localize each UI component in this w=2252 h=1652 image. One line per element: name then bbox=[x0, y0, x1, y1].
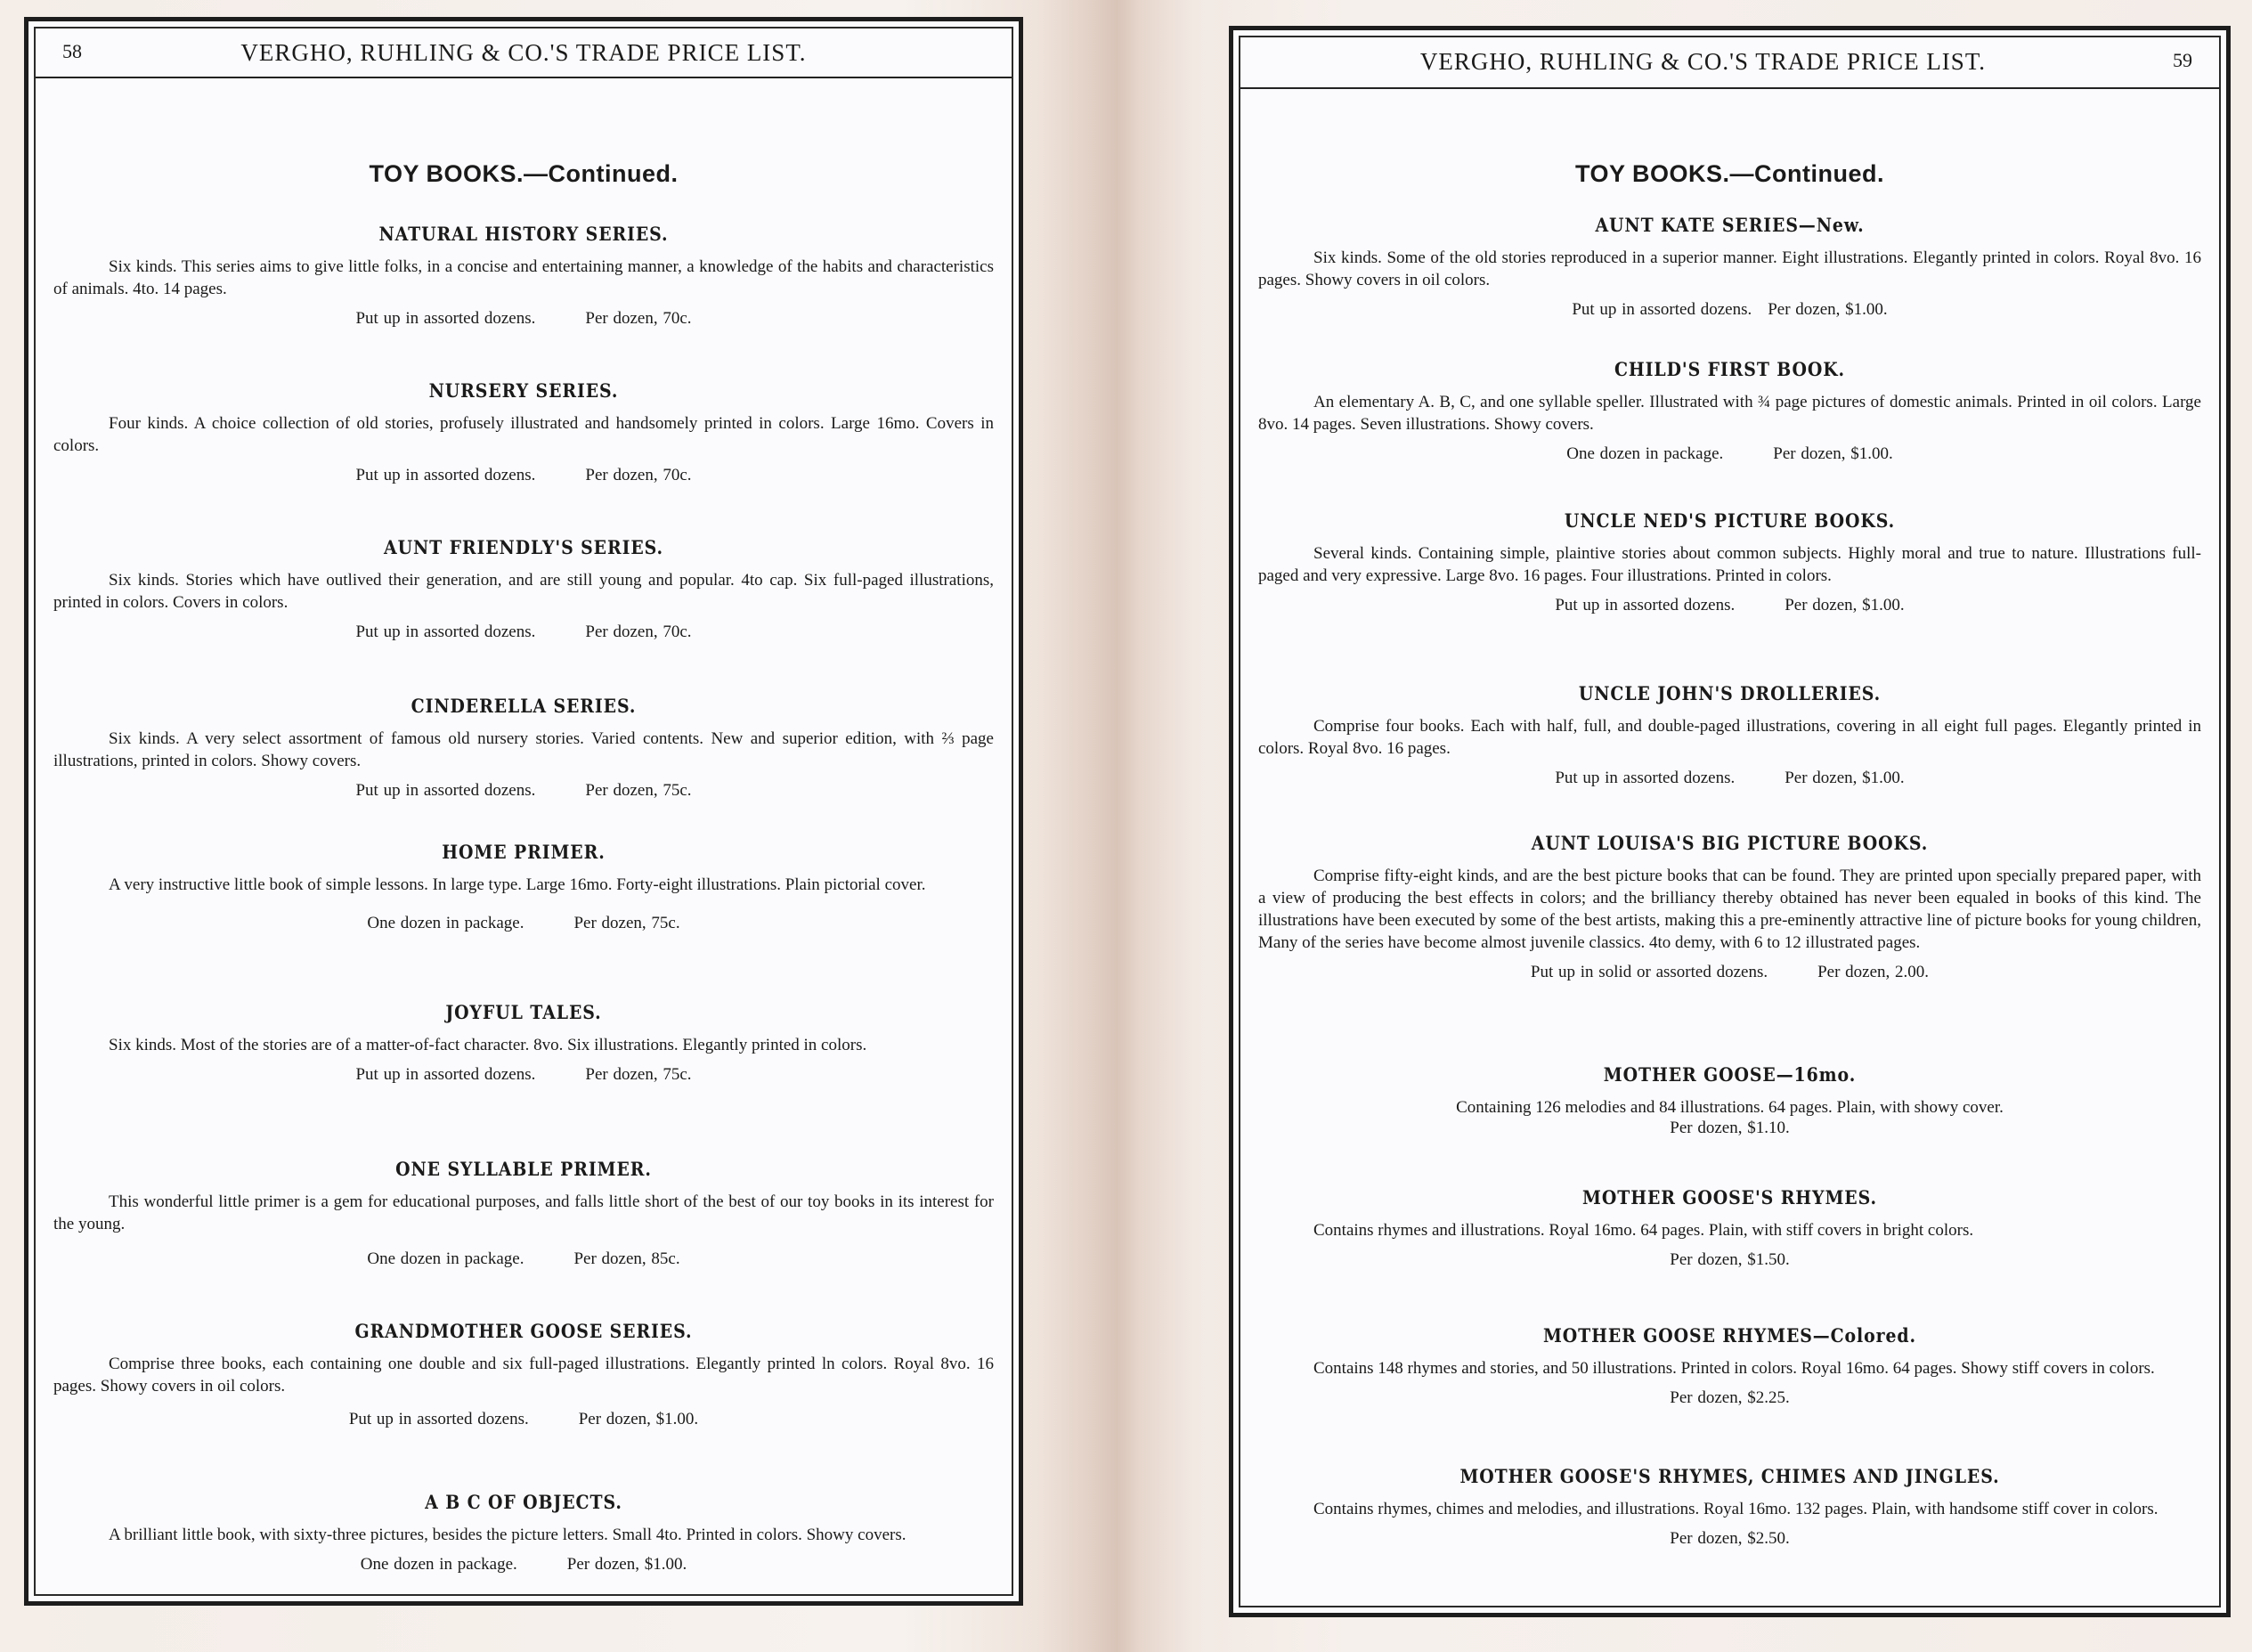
entry-packaging: Put up in assorted dozens. bbox=[355, 1065, 535, 1084]
entry-pricing: Put up in solid or assorted dozens.Per d… bbox=[1258, 963, 2201, 982]
entry-title: AUNT LOUISA'S BIG PICTURE BOOKS. bbox=[1305, 832, 2154, 854]
entry-pricing: One dozen in package.Per dozen, 75c. bbox=[53, 914, 994, 933]
entry-title: MOTHER GOOSE—16mo. bbox=[1305, 1063, 2154, 1086]
page-number: 59 bbox=[2173, 49, 2192, 72]
entry-description: Six kinds. Stories which have outlived t… bbox=[53, 569, 994, 614]
entry-pricing: Put up in assorted dozens.Per dozen, 75c… bbox=[53, 1065, 994, 1085]
entry-price: Per dozen, $1.00. bbox=[579, 1410, 698, 1428]
entry-description: Six kinds. Some of the old stories repro… bbox=[1258, 247, 2201, 291]
entry-pricing: Per dozen, $2.25. bbox=[1258, 1388, 2201, 1408]
entry-price: Per dozen, 75c. bbox=[585, 781, 691, 800]
entry-price: Per dozen, 70c. bbox=[585, 466, 691, 484]
entry-packaging: One dozen in package. bbox=[367, 1249, 524, 1268]
entry-title: A B C OF OBJECTS. bbox=[101, 1491, 947, 1513]
entry-price: Per dozen, 70c. bbox=[585, 623, 691, 641]
entry-pricing: Put up in assorted dozens.Per dozen, $1.… bbox=[1258, 769, 2201, 788]
entry-title: UNCLE JOHN'S DROLLERIES. bbox=[1305, 682, 2154, 704]
right-page-content: TOY BOOKS.—Continued. AUNT KATE SERIES—N… bbox=[1258, 89, 2201, 1606]
section-heading: TOY BOOKS.—Continued. bbox=[1258, 160, 2201, 188]
entry-pricing: Put up in assorted dozens.Per dozen, 75c… bbox=[53, 781, 994, 801]
catalog-entry: AUNT LOUISA'S BIG PICTURE BOOKS. Compris… bbox=[1258, 832, 2201, 982]
entry-title: ONE SYLLABLE PRIMER. bbox=[101, 1158, 947, 1180]
entry-packaging: Put up in solid or assorted dozens. bbox=[1531, 963, 1768, 981]
entry-title: CHILD'S FIRST BOOK. bbox=[1305, 358, 2154, 380]
left-page-inner-border: 58 VERGHO, RUHLING & CO.'S TRADE PRICE L… bbox=[34, 27, 1013, 1596]
entry-pricing: One dozen in package.Per dozen, $1.00. bbox=[1258, 444, 2201, 464]
entry-description: Several kinds. Containing simple, plaint… bbox=[1258, 542, 2201, 587]
catalog-entry: JOYFUL TALES. Six kinds. Most of the sto… bbox=[53, 1001, 994, 1085]
entry-title: NATURAL HISTORY SERIES. bbox=[101, 223, 947, 245]
entry-pricing: Put up in assorted dozens.Per dozen, $1.… bbox=[1258, 596, 2201, 615]
entry-packaging: One dozen in package. bbox=[361, 1555, 517, 1574]
right-running-head: VERGHO, RUHLING & CO.'S TRADE PRICE LIST… bbox=[1240, 37, 2219, 89]
catalog-entry: UNCLE NED'S PICTURE BOOKS. Several kinds… bbox=[1258, 509, 2201, 615]
entry-description: Six kinds. Most of the stories are of a … bbox=[53, 1034, 994, 1056]
entry-description: Contains rhymes and illustrations. Royal… bbox=[1258, 1219, 2201, 1241]
entry-description: Comprise fifty-eight kinds, and are the … bbox=[1258, 865, 2201, 954]
entry-price: Per dozen, 75c. bbox=[573, 914, 679, 932]
entry-description: A brilliant little book, with sixty-thre… bbox=[53, 1524, 994, 1546]
catalog-entry: A B C OF OBJECTS. A brilliant little boo… bbox=[53, 1491, 994, 1575]
entry-title: NURSERY SERIES. bbox=[101, 379, 947, 402]
catalog-entry: CHILD'S FIRST BOOK. An elementary A. B, … bbox=[1258, 358, 2201, 464]
entry-price: Per dozen, 75c. bbox=[585, 1065, 691, 1084]
catalog-entry: UNCLE JOHN'S DROLLERIES. Comprise four b… bbox=[1258, 682, 2201, 788]
running-head-title: VERGHO, RUHLING & CO.'S TRADE PRICE LIST… bbox=[1240, 48, 2166, 76]
entry-price: Per dozen, $1.00. bbox=[1785, 596, 1904, 614]
left-page-content: TOY BOOKS.—Continued. NATURAL HISTORY SE… bbox=[53, 78, 994, 1594]
entry-pricing: Put up in assorted dozens.Per dozen, $1.… bbox=[53, 1410, 994, 1429]
catalog-entry: HOME PRIMER. A very instructive little b… bbox=[53, 841, 994, 933]
entry-description: This wonderful little primer is a gem fo… bbox=[53, 1191, 994, 1235]
entry-pricing: Per dozen, $1.10. bbox=[1258, 1119, 2201, 1138]
entry-price: Per dozen, $1.00. bbox=[567, 1555, 687, 1574]
entry-title: AUNT KATE SERIES—New. bbox=[1305, 214, 2154, 236]
catalog-entry: MOTHER GOOSE'S RHYMES. Contains rhymes a… bbox=[1258, 1186, 2201, 1270]
entry-packaging: Put up in assorted dozens. bbox=[349, 1410, 529, 1428]
entry-price: Per dozen, $1.10. bbox=[1670, 1119, 1789, 1137]
catalog-entry: AUNT FRIENDLY'S SERIES. Six kinds. Stori… bbox=[53, 536, 994, 642]
entry-description: Contains 148 rhymes and stories, and 50 … bbox=[1258, 1357, 2201, 1379]
right-page: VERGHO, RUHLING & CO.'S TRADE PRICE LIST… bbox=[1229, 26, 2231, 1617]
entry-price: Per dozen, 70c. bbox=[585, 309, 691, 328]
entry-packaging: Put up in assorted dozens. bbox=[355, 781, 535, 800]
entry-title: MOTHER GOOSE'S RHYMES, CHIMES AND JINGLE… bbox=[1305, 1465, 2154, 1487]
entry-price: Per dozen, $2.50. bbox=[1670, 1529, 1789, 1548]
left-page: 58 VERGHO, RUHLING & CO.'S TRADE PRICE L… bbox=[24, 17, 1023, 1606]
entry-price: Per dozen, $1.50. bbox=[1670, 1250, 1789, 1269]
entry-description: Containing 126 melodies and 84 illustrat… bbox=[1258, 1096, 2201, 1119]
section-heading: TOY BOOKS.—Continued. bbox=[53, 160, 994, 188]
entry-description: A very instructive little book of simple… bbox=[53, 874, 994, 896]
catalog-entry: ONE SYLLABLE PRIMER. This wonderful litt… bbox=[53, 1158, 994, 1269]
entry-packaging: Put up in assorted dozens. bbox=[355, 623, 535, 641]
catalog-entry: MOTHER GOOSE—16mo. Containing 126 melodi… bbox=[1258, 1063, 2201, 1138]
entry-pricing: One dozen in package.Per dozen, $1.00. bbox=[53, 1555, 994, 1575]
entry-pricing: Per dozen, $2.50. bbox=[1258, 1529, 2201, 1549]
entry-price: Per dozen, $1.00. bbox=[1785, 769, 1904, 787]
entry-pricing: Put up in assorted dozens.Per dozen, 70c… bbox=[53, 623, 994, 642]
entry-pricing: Per dozen, $1.50. bbox=[1258, 1250, 2201, 1270]
entry-title: MOTHER GOOSE'S RHYMES. bbox=[1305, 1186, 2154, 1208]
entry-price: Per dozen, 85c. bbox=[573, 1249, 679, 1268]
entry-title: HOME PRIMER. bbox=[101, 841, 947, 863]
entry-description: Contains rhymes, chimes and melodies, an… bbox=[1258, 1498, 2201, 1520]
entry-description: Comprise three books, each containing on… bbox=[53, 1353, 994, 1397]
entry-packaging: Put up in assorted dozens. bbox=[355, 309, 535, 328]
entry-pricing: One dozen in package.Per dozen, 85c. bbox=[53, 1249, 994, 1269]
entry-title: JOYFUL TALES. bbox=[101, 1001, 947, 1023]
entry-price: Per dozen, $1.00. bbox=[1768, 300, 1887, 319]
entry-price: Per dozen, $2.25. bbox=[1670, 1388, 1789, 1407]
entry-packaging: Put up in assorted dozens. bbox=[1555, 596, 1735, 614]
entry-packaging: Put up in assorted dozens. bbox=[1572, 300, 1752, 319]
entry-title: UNCLE NED'S PICTURE BOOKS. bbox=[1305, 509, 2154, 532]
entry-packaging: Put up in assorted dozens. bbox=[1555, 769, 1735, 787]
catalog-entry: CINDERELLA SERIES. Six kinds. A very sel… bbox=[53, 695, 994, 801]
right-page-inner-border: VERGHO, RUHLING & CO.'S TRADE PRICE LIST… bbox=[1239, 36, 2221, 1607]
entry-description: An elementary A. B, C, and one syllable … bbox=[1258, 391, 2201, 435]
entry-title: AUNT FRIENDLY'S SERIES. bbox=[101, 536, 947, 558]
entry-packaging: One dozen in package. bbox=[367, 914, 524, 932]
left-running-head: 58 VERGHO, RUHLING & CO.'S TRADE PRICE L… bbox=[36, 28, 1012, 78]
catalog-entry: MOTHER GOOSE RHYMES—Colored. Contains 14… bbox=[1258, 1324, 2201, 1408]
entry-title: GRANDMOTHER GOOSE SERIES. bbox=[101, 1320, 947, 1342]
catalog-entry: MOTHER GOOSE'S RHYMES, CHIMES AND JINGLE… bbox=[1258, 1465, 2201, 1549]
entry-description: Four kinds. A choice collection of old s… bbox=[53, 412, 994, 457]
entry-description: Six kinds. A very select assortment of f… bbox=[53, 728, 994, 772]
running-head-title: VERGHO, RUHLING & CO.'S TRADE PRICE LIST… bbox=[36, 39, 1012, 67]
entry-title: CINDERELLA SERIES. bbox=[101, 695, 947, 717]
catalog-entry: GRANDMOTHER GOOSE SERIES. Comprise three… bbox=[53, 1320, 994, 1429]
catalog-entry: NATURAL HISTORY SERIES. Six kinds. This … bbox=[53, 223, 994, 329]
entry-pricing: Put up in assorted dozens.Per dozen, 70c… bbox=[53, 466, 994, 485]
entry-pricing: Put up in assorted dozens.Per dozen, $1.… bbox=[1258, 300, 2201, 320]
entry-packaging: One dozen in package. bbox=[1566, 444, 1723, 463]
catalog-entry: NURSERY SERIES. Four kinds. A choice col… bbox=[53, 379, 994, 485]
entry-description: Comprise four books. Each with half, ful… bbox=[1258, 715, 2201, 760]
entry-title: MOTHER GOOSE RHYMES—Colored. bbox=[1305, 1324, 2154, 1347]
entry-description: Six kinds. This series aims to give litt… bbox=[53, 256, 994, 300]
entry-pricing: Put up in assorted dozens.Per dozen, 70c… bbox=[53, 309, 994, 329]
catalog-entry: AUNT KATE SERIES—New. Six kinds. Some of… bbox=[1258, 214, 2201, 320]
entry-price: Per dozen, 2.00. bbox=[1817, 963, 1929, 981]
entry-price: Per dozen, $1.00. bbox=[1773, 444, 1892, 463]
entry-packaging: Put up in assorted dozens. bbox=[355, 466, 535, 484]
